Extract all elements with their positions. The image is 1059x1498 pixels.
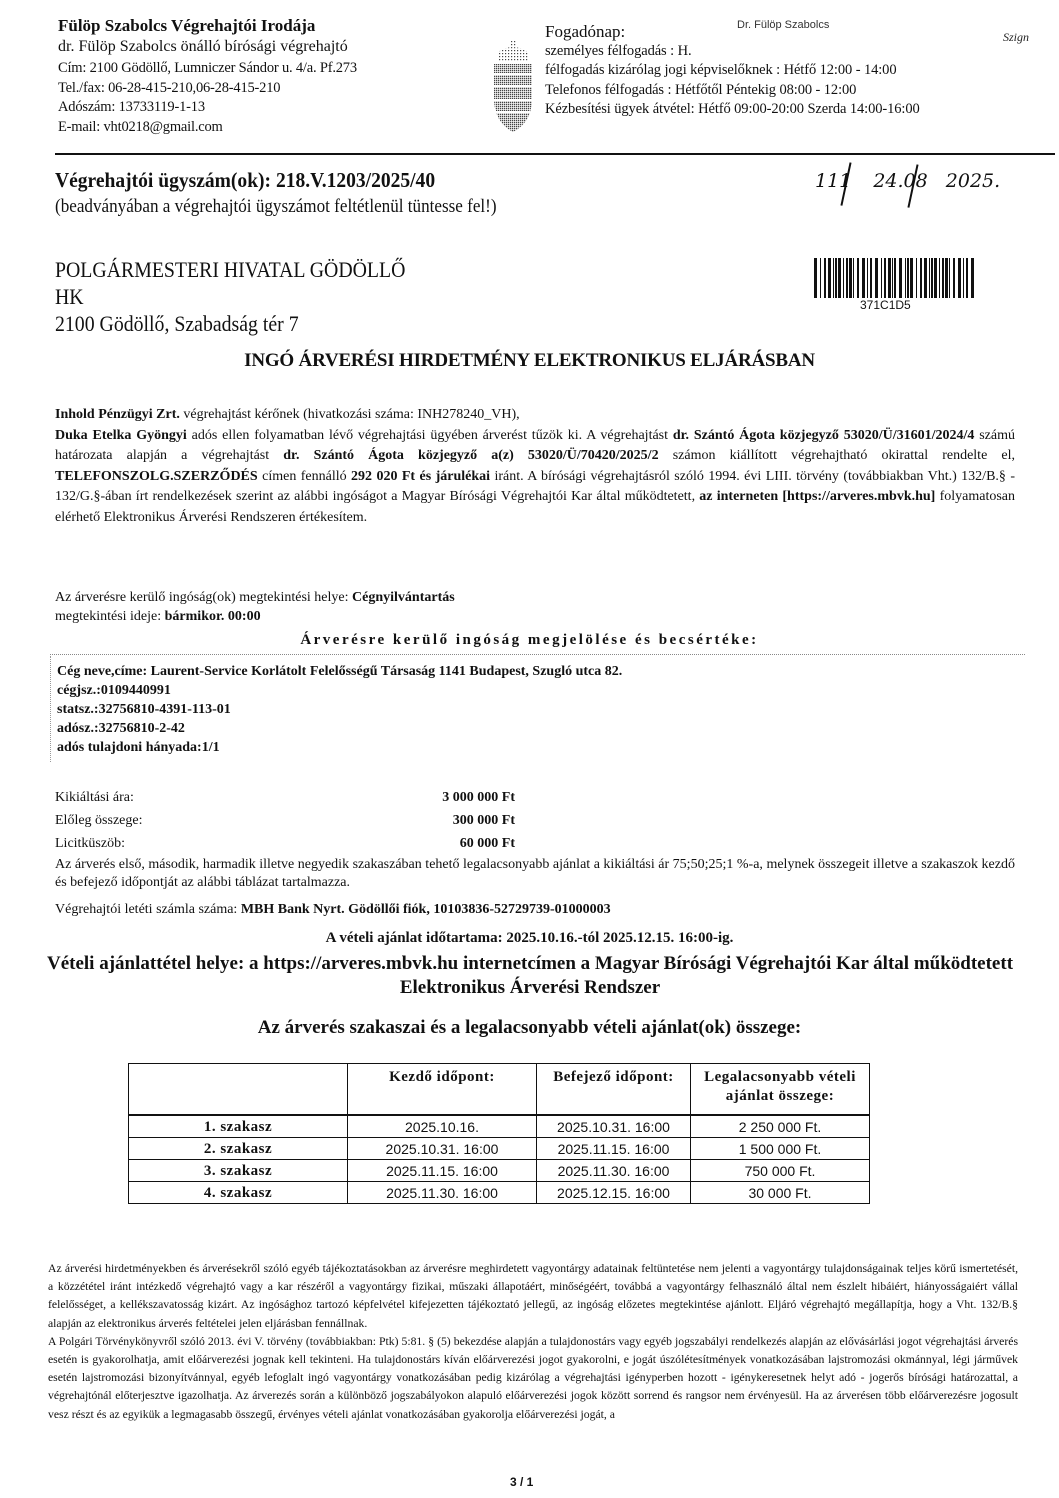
- inspection-place-value: Cégnyilvántartás: [352, 590, 455, 605]
- start-time-cell: 2025.10.31. 16:00: [348, 1138, 537, 1160]
- header-cell-start: Kezdő időpont:: [348, 1064, 537, 1116]
- end-time-cell: 2025.12.15. 16:00: [537, 1182, 691, 1204]
- items-heading: Árverésre kerülő ingóság megjelölése és …: [0, 632, 1059, 649]
- end-time-cell: 2025.11.15. 16:00: [537, 1138, 691, 1160]
- legal-disclaimer: Az árverési hirdetményekben és árverések…: [48, 1260, 1018, 1424]
- reception-title: Fogadónap:: [545, 22, 625, 42]
- signature-scribble: Szign: [1003, 30, 1029, 45]
- document-title: INGÓ ÁRVERÉSI HIRDETMÉNY ELEKTRONIKUS EL…: [0, 350, 1059, 372]
- inspection-place-label: Az árverésre kerülő ingóság(ok) megtekin…: [55, 590, 352, 605]
- inspection-time-label: megtekintési ideje:: [55, 609, 165, 624]
- table-row: 3. szakasz2025.11.15. 16:002025.11.30. 1…: [129, 1160, 870, 1182]
- inspection-time-value: bármikor. 00:00: [165, 609, 261, 624]
- stage-name-cell: 3. szakasz: [129, 1160, 348, 1182]
- min-bid-cell: 2 250 000 Ft.: [691, 1115, 870, 1138]
- barcode-text: 371C1D5: [860, 298, 911, 312]
- min-bid-cell: 1 500 000 Ft.: [691, 1138, 870, 1160]
- contract-title: TELEFONSZOLG.SZERZŐDÉS: [55, 469, 258, 484]
- page-number: 3 / 1: [510, 1475, 533, 1489]
- item-stat-number: statsz.:32756810-4391-113-01: [57, 702, 231, 718]
- office-tax-number: Adószám: 13733119-1-13: [58, 99, 205, 116]
- item-registration-number: cégjsz.:0109440991: [57, 683, 171, 699]
- stage-name-cell: 1. szakasz: [129, 1115, 348, 1138]
- intro-text: adós ellen folyamatban lévő végrehajtási…: [187, 428, 673, 443]
- creditor-name: Inhold Pénzügyi Zrt.: [55, 407, 180, 422]
- office-address: Cím: 2100 Gödöllő, Lumniczer Sándor u. 4…: [58, 60, 357, 77]
- reception-delivery: Kézbesítési ügyek átvétel: Hétfő 09:00-2…: [545, 101, 920, 118]
- item-ownership-share: adós tulajdoni hányada:1/1: [57, 740, 220, 756]
- end-time-cell: 2025.10.31. 16:00: [537, 1115, 691, 1138]
- end-time-cell: 2025.11.30. 16:00: [537, 1160, 691, 1182]
- header-cell-end: Befejező időpont:: [537, 1064, 691, 1116]
- offer-place: Vételi ajánlattétel helye: a https://arv…: [30, 952, 1030, 1000]
- starting-price-label: Kikiáltási ára:: [55, 790, 134, 806]
- deposit-value: 300 000 Ft: [300, 813, 515, 829]
- table-row: 2. szakasz2025.10.31. 16:002025.11.15. 1…: [129, 1138, 870, 1160]
- barcode-icon: [814, 258, 974, 298]
- items-divider: [50, 654, 1025, 655]
- handwritten-registration: 111 24.08 2025.: [815, 170, 1000, 192]
- reception-phone: Telefonos félfogadás : Hétfőtől Péntekig…: [545, 82, 856, 99]
- stages-table: Kezdő időpont: Befejező időpont: Legalac…: [128, 1063, 870, 1204]
- start-time-cell: 2025.11.30. 16:00: [348, 1182, 537, 1204]
- table-row: 1. szakasz2025.10.16.2025.10.31. 16:002 …: [129, 1115, 870, 1138]
- start-time-cell: 2025.10.16.: [348, 1115, 537, 1138]
- header-cell-stage: [129, 1064, 348, 1116]
- table-row: 4. szakasz2025.11.30. 16:002025.12.15. 1…: [129, 1182, 870, 1204]
- stage-name-cell: 2. szakasz: [129, 1138, 348, 1160]
- signature-stamp: Dr. Fülöp Szabolcs: [737, 19, 829, 31]
- office-subtitle: dr. Fülöp Szabolcs önálló bírósági végre…: [58, 38, 348, 56]
- handwritten-part: 2025.: [946, 170, 1000, 192]
- handwritten-part: 24.08: [873, 170, 927, 192]
- table-header-row: Kezdő időpont: Befejező időpont: Legalac…: [129, 1064, 870, 1116]
- min-bid-cell: 750 000 Ft.: [691, 1160, 870, 1182]
- intro-text: címen fennálló: [258, 469, 351, 484]
- stages-description: Az árverés első, második, harmadik illet…: [55, 856, 1015, 892]
- case-number: Végrehajtói ügyszám(ok): 218.V.1203/2025…: [55, 168, 435, 193]
- inspection-place: Az árverésre kerülő ingóság(ok) megtekin…: [55, 590, 455, 606]
- bid-increment-value: 60 000 Ft: [300, 836, 515, 852]
- reception-personal: személyes félfogadás : H.: [545, 43, 691, 60]
- intro-text: számon kiállított végrehajtható okiratta…: [659, 448, 1015, 463]
- deposit-label: Előleg összege:: [55, 813, 142, 829]
- case-number-note: (beadványában a végrehajtói ügyszámot fe…: [55, 196, 497, 218]
- start-time-cell: 2025.11.15. 16:00: [348, 1160, 537, 1182]
- intro-text: végrehajtást kérőnek (hivatkozási száma:…: [180, 407, 520, 422]
- notary-document: dr. Szántó Ágota közjegyző a(z) 53020/Ü/…: [283, 448, 658, 463]
- header-divider: [55, 153, 1055, 155]
- auction-site-link[interactable]: az interneten [https://arveres.mbvk.hu]: [699, 489, 935, 504]
- item-tax-number: adósz.:32756810-2-42: [57, 721, 185, 737]
- header-cell-min-bid: Legalacsonyabb vételi ajánlat összege:: [691, 1064, 870, 1116]
- escrow-account-value: MBH Bank Nyrt. Gödöllői fiók, 10103836-5…: [241, 902, 611, 917]
- escrow-account-label: Végrehajtói letéti számla száma:: [55, 902, 241, 917]
- stages-table-title: Az árverés szakaszai és a legalacsonyabb…: [0, 1017, 1059, 1039]
- office-phone: Tel./fax: 06-28-415-210,06-28-415-210: [58, 80, 280, 97]
- escrow-account: Végrehajtói letéti számla száma: MBH Ban…: [55, 902, 611, 918]
- claim-amount: 292 020 Ft és járulékai: [351, 469, 490, 484]
- notary-order: dr. Szántó Ágota közjegyző 53020/Ü/31601…: [673, 428, 975, 443]
- recipient-name: POLGÁRMESTERI HIVATAL GÖDÖLLŐ: [55, 257, 405, 283]
- recipient-address: 2100 Gödöllő, Szabadság tér 7: [55, 311, 299, 337]
- disclaimer-paragraph: Az árverési hirdetményekben és árverések…: [48, 1260, 1018, 1333]
- offer-period: A vételi ajánlat időtartama: 2025.10.16.…: [0, 930, 1059, 947]
- intro-paragraph: Inhold Pénzügyi Zrt. végrehajtást kérőne…: [55, 405, 1015, 528]
- min-bid-cell: 30 000 Ft.: [691, 1182, 870, 1204]
- starting-price-value: 3 000 000 Ft: [300, 790, 515, 806]
- recipient-department: HK: [55, 284, 84, 310]
- office-email: E-mail: vht0218@gmail.com: [58, 119, 223, 136]
- coat-of-arms-icon: [490, 38, 536, 134]
- debtor-name: Duka Etelka Gyöngyi: [55, 428, 187, 443]
- bid-increment-label: Licitküszöb:: [55, 836, 125, 852]
- item-company: Cég neve,címe: Laurent-Service Korlátolt…: [57, 664, 622, 680]
- stage-name-cell: 4. szakasz: [129, 1182, 348, 1204]
- office-name: Fülöp Szabolcs Végrehajtói Irodája: [58, 16, 315, 36]
- reception-legal-reps: félfogadás kizárólag jogi képviselőknek …: [545, 62, 896, 79]
- disclaimer-paragraph: A Polgári Törvénykönyvről szóló 2013. év…: [48, 1333, 1018, 1424]
- inspection-time: megtekintési ideje: bármikor. 00:00: [55, 609, 261, 625]
